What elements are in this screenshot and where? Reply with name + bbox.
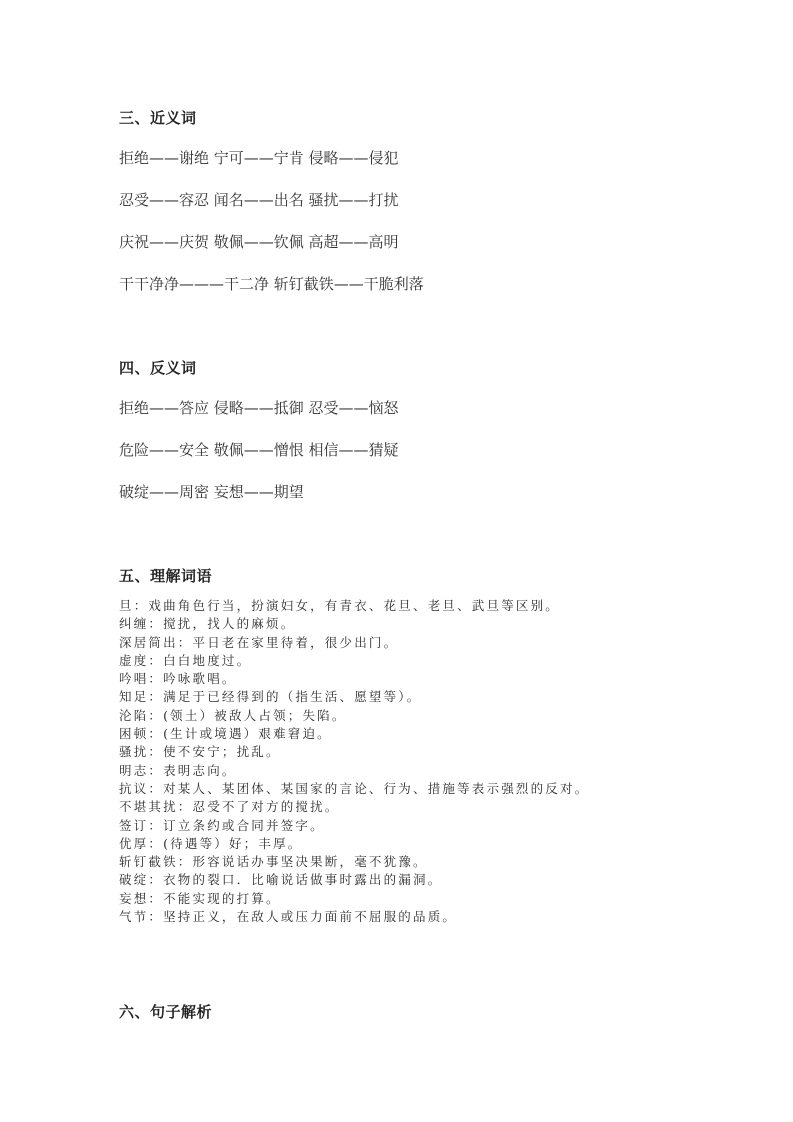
definition-item: 虚度：白白地度过。 [119,652,589,670]
vocabulary-definition-list: 旦：戏曲角色行当，扮演妇女，有青衣、花旦、老旦、武旦等区别。 纠缠：搅扰，找人的… [119,597,589,926]
section-heading-synonyms: 三、近义词 [119,108,197,128]
definition-item: 骚扰：使不安宁；扰乱。 [119,743,589,761]
synonym-line: 庆祝——庆贺 敬佩——钦佩 高超——高明 [119,232,399,252]
definition-item: 不堪其扰：忍受不了对方的搅扰。 [119,798,589,816]
antonym-line: 破绽——周密 妄想——期望 [119,482,304,502]
definition-item: 妄想：不能实现的打算。 [119,890,589,908]
section-heading-antonyms: 四、反义词 [119,358,197,378]
definition-item: 吟唱：吟咏歌唱。 [119,670,589,688]
definition-item: 旦：戏曲角色行当，扮演妇女，有青衣、花旦、老旦、武旦等区别。 [119,597,589,615]
definition-item: 斩钉截铁：形容说话办事坚决果断，毫不犹豫。 [119,853,589,871]
definition-item: 知足：满足于已经得到的（指生活、愿望等）。 [119,688,589,706]
synonym-line: 忍受——容忍 闻名——出名 骚扰——打扰 [119,190,399,210]
definition-item: 破绽：衣物的裂口．比喻说话做事时露出的漏洞。 [119,871,589,889]
definition-item: 气节：坚持正义，在敌人或压力面前不屈服的品质。 [119,908,589,926]
definition-item: 纠缠：搅扰，找人的麻烦。 [119,615,589,633]
antonym-line: 危险——安全 敬佩——憎恨 相信——猜疑 [119,440,399,460]
definition-item: 深居简出：平日老在家里待着，很少出门。 [119,634,589,652]
document-page: 三、近义词 拒绝——谢绝 宁可——宁肯 侵略——侵犯 忍受——容忍 闻名——出名… [0,0,793,1122]
synonym-line: 拒绝——谢绝 宁可——宁肯 侵略——侵犯 [119,148,399,168]
definition-item: 优厚：(待遇等）好；丰厚。 [119,835,589,853]
section-heading-sentence-analysis: 六、句子解析 [119,1002,212,1022]
definition-item: 明志：表明志向。 [119,762,589,780]
section-heading-vocabulary: 五、理解词语 [119,566,212,586]
definition-item: 抗议：对某人、某团体、某国家的言论、行为、措施等表示强烈的反对。 [119,780,589,798]
definition-item: 困顿：(生计或境遇）艰难窘迫。 [119,725,589,743]
synonym-line: 干干净净———干二净 斩钉截铁——干脆利落 [119,274,424,294]
definition-item: 签订：订立条约或合同并签字。 [119,817,589,835]
antonym-line: 拒绝——答应 侵略——抵御 忍受——恼怒 [119,398,399,418]
definition-item: 沦陷：(领土）被敌人占领；失陷。 [119,707,589,725]
